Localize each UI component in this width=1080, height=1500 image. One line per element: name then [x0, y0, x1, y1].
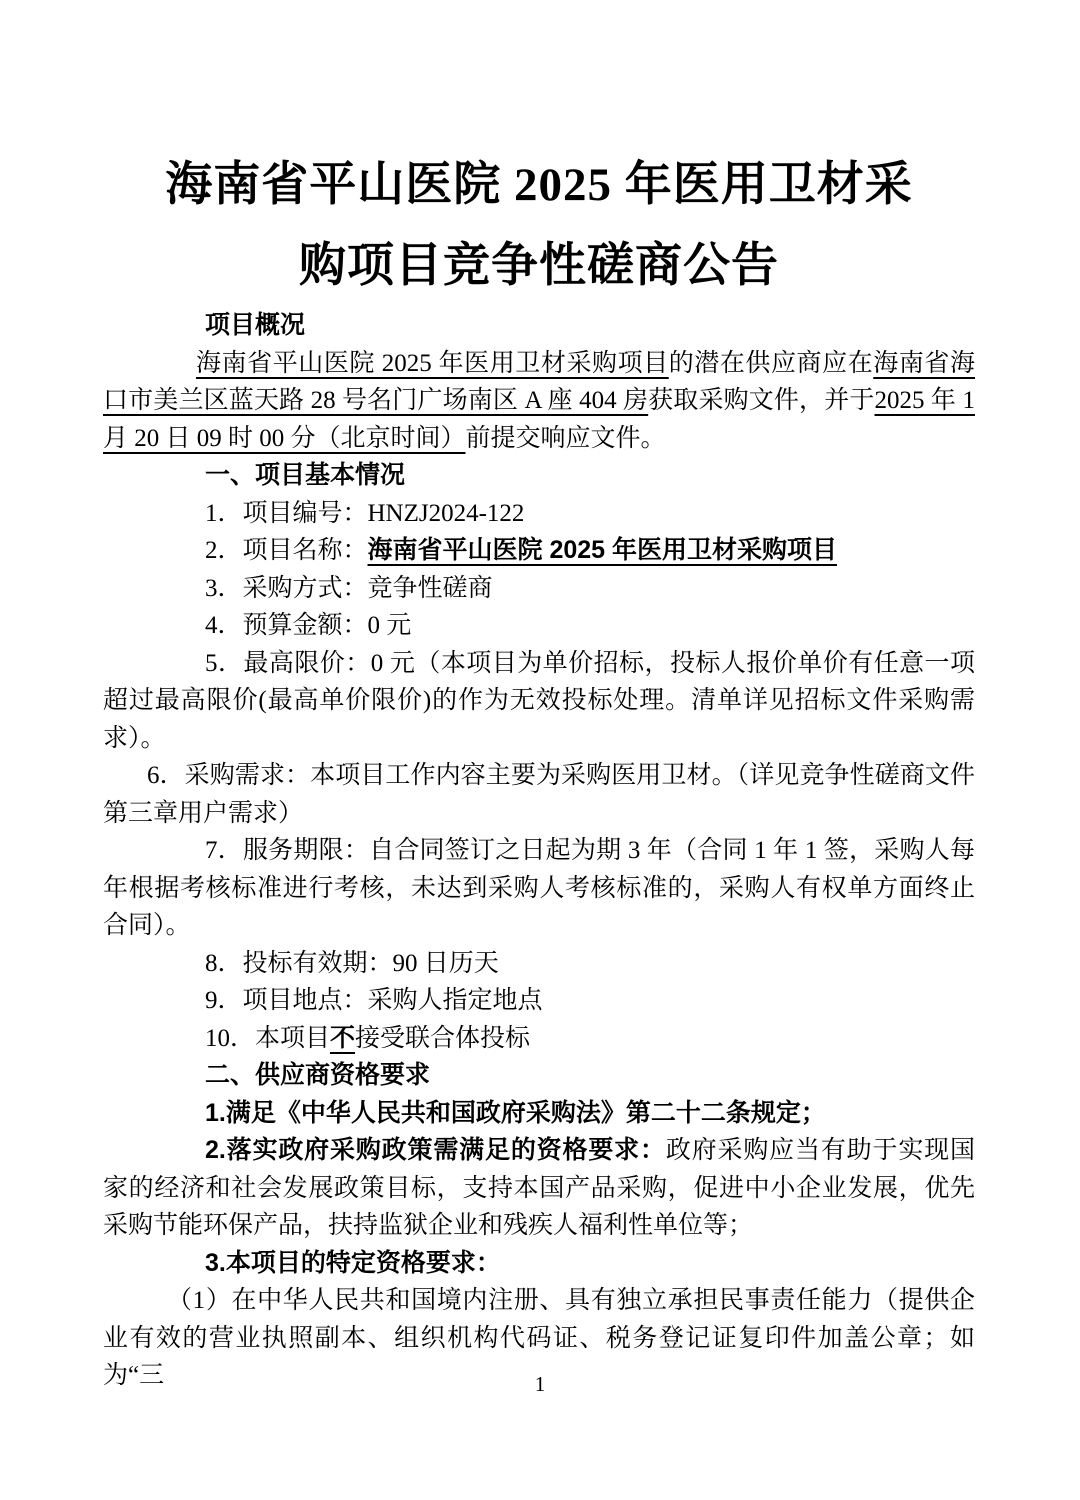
item-budget-amount: 4．预算金额：0 元: [103, 607, 975, 645]
document-title-line-1: 海南省平山医院 2025 年医用卫材采: [103, 145, 975, 226]
item-project-number: 1．项目编号：HNZJ2024-122: [103, 495, 975, 533]
document-page: 海南省平山医院 2025 年医用卫材采购项目竞争性磋商公告 项目概况 海南省平山…: [0, 0, 1080, 1500]
req-policy: 2.落实政府采购政策需满足的资格要求：政府采购应当有助于实现国家的经济和社会发展…: [103, 1132, 975, 1245]
req-specific: 3.本项目的特定资格要求：: [103, 1245, 975, 1283]
item-project-name-label: 2．项目名称：: [205, 537, 368, 564]
item-procurement-method: 3．采购方式：竞争性磋商: [103, 570, 975, 608]
item-procurement-demand: 6．采购需求：本项目工作内容主要为采购医用卫材。（详见竞争性磋商文件第三章用户需…: [103, 757, 975, 832]
req-law: 1.满足《中华人民共和国政府采购法》第二十二条规定；: [103, 1095, 975, 1133]
document-title: 海南省平山医院 2025 年医用卫材采购项目竞争性磋商公告: [103, 0, 975, 307]
overview-heading: 项目概况: [103, 307, 975, 345]
item-consortium-not: 不: [330, 1024, 355, 1052]
item-price-cap: 5．最高限价：0 元（本项目为单价招标，投标人报价单价有任意一项超过最高限价(最…: [103, 645, 975, 758]
supplier-req-heading: 二、供应商资格要求: [103, 1057, 975, 1095]
document-title-line-2: 购项目竞争性磋商公告: [103, 226, 975, 307]
page-number: 1: [0, 1372, 1080, 1396]
overview-project-name: 海南省平山医院 2025 年医用卫材采购项目: [196, 350, 669, 377]
item-service-term: 7．服务期限：自合同签订之日起为期 3 年（合同 1 年 1 签，采购人每年根据…: [103, 832, 975, 945]
item-project-location: 9．项目地点：采购人指定地点: [103, 982, 975, 1020]
item-consortium: 10．本项目不接受联合体投标: [103, 1020, 975, 1058]
basic-info-heading: 一、项目基本情况: [103, 457, 975, 495]
overview-text-after-deadline: 前提交响应文件。: [466, 425, 666, 452]
item-consortium-post: 接受联合体投标: [355, 1025, 530, 1052]
overview-paragraph: 海南省平山医院 2025 年医用卫材采购项目的潜在供应商应在海南省海口市美兰区蓝…: [103, 345, 975, 458]
document-content: 海南省平山医院 2025 年医用卫材采购项目竞争性磋商公告 项目概况 海南省平山…: [0, 0, 1080, 1395]
item-consortium-pre: 10．本项目: [205, 1025, 330, 1052]
overview-text-after-address: 获取采购文件，并于: [648, 387, 874, 414]
item-project-name-value: 海南省平山医院 2025 年医用卫材采购项目: [368, 536, 838, 564]
item-bid-validity: 8．投标有效期：90 日历天: [103, 945, 975, 983]
item-project-name: 2．项目名称：海南省平山医院 2025 年医用卫材采购项目: [103, 532, 975, 570]
overview-text-after-name: 的潜在供应商应在: [669, 350, 874, 377]
req-policy-label: 2.落实政府采购政策需满足的资格要求：: [205, 1136, 666, 1164]
